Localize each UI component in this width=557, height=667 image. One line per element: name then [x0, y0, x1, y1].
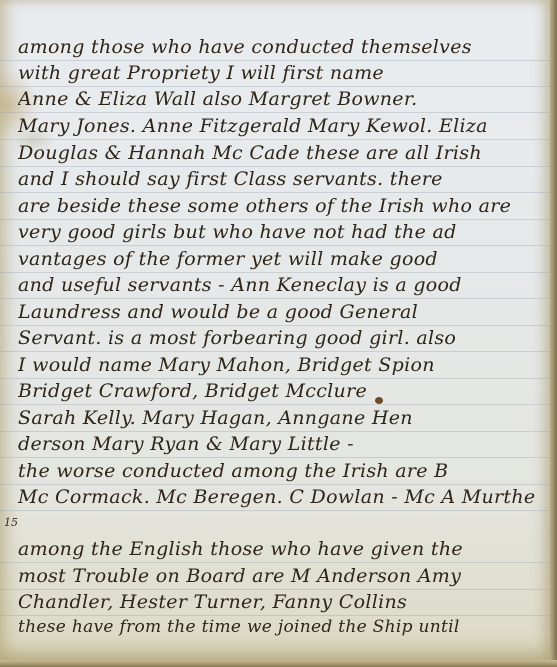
ruled-line: [0, 431, 550, 432]
ruled-line: [0, 272, 550, 273]
text-line: with great Propriety I will first name: [18, 62, 548, 84]
text-line: vantages of the former yet will make goo…: [18, 248, 548, 270]
ruled-line: [0, 562, 550, 563]
ruled-line: [0, 325, 550, 326]
text-line: Servant. is a most forbearing good girl.…: [18, 327, 548, 349]
text-line: are beside these some others of the Iris…: [18, 195, 548, 217]
text-line: Chandler, Hester Turner, Fanny Collins: [18, 591, 548, 613]
ruled-line: [0, 166, 550, 167]
text-line: these have from the time we joined the S…: [18, 617, 548, 637]
ruled-line: [0, 457, 550, 458]
page-edge-bottom: [0, 660, 557, 667]
ruled-line: [0, 60, 550, 61]
ruled-line: [0, 615, 550, 616]
ruled-line: [0, 351, 550, 352]
ruled-line: [0, 378, 550, 379]
ruled-line: [0, 484, 550, 485]
text-line: Bridget Crawford, Bridget Mcclure: [18, 380, 548, 402]
text-line: among those who have conducted themselve…: [18, 36, 548, 58]
ruled-line: [0, 192, 550, 193]
ruled-line: [0, 139, 550, 140]
text-line: and I should say first Class servants. t…: [18, 168, 548, 190]
ruled-line: [0, 245, 550, 246]
ruled-line: [0, 404, 550, 405]
ruled-line: [0, 112, 550, 113]
text-line: Anne & Eliza Wall also Margret Bowner.: [18, 88, 548, 110]
text-line: Laundress and would be a good General: [18, 301, 548, 323]
ruled-line: [0, 219, 550, 220]
manuscript-page: among those who have conducted themselve…: [0, 0, 550, 660]
text-line: Douglas & Hannah Mc Cade these are all I…: [18, 142, 548, 164]
text-line: derson Mary Ryan & Mary Little -: [18, 433, 548, 455]
text-line: very good girls but who have not had the…: [18, 221, 548, 243]
text-line: Mary Jones. Anne Fitzgerald Mary Kewol. …: [18, 115, 548, 137]
text-line: Mc Cormack. Mc Beregen. C Dowlan - Mc A …: [18, 486, 548, 508]
text-line: and useful servants - Ann Keneclay is a …: [18, 274, 548, 296]
ruled-line: [0, 86, 550, 87]
text-line: the worse conducted among the Irish are …: [18, 460, 548, 482]
text-line: among the English those who have given t…: [18, 538, 548, 560]
page-edge-right: [550, 0, 557, 667]
ruled-line: [0, 589, 550, 590]
ruled-line: [0, 510, 550, 511]
text-line: most Trouble on Board are M Anderson Amy: [18, 565, 548, 587]
ruled-line: [0, 298, 550, 299]
margin-note: 15: [4, 516, 18, 529]
text-line: I would name Mary Mahon, Bridget Spion: [18, 354, 548, 376]
text-line: Sarah Kelly. Mary Hagan, Anngane Hen: [18, 407, 548, 429]
